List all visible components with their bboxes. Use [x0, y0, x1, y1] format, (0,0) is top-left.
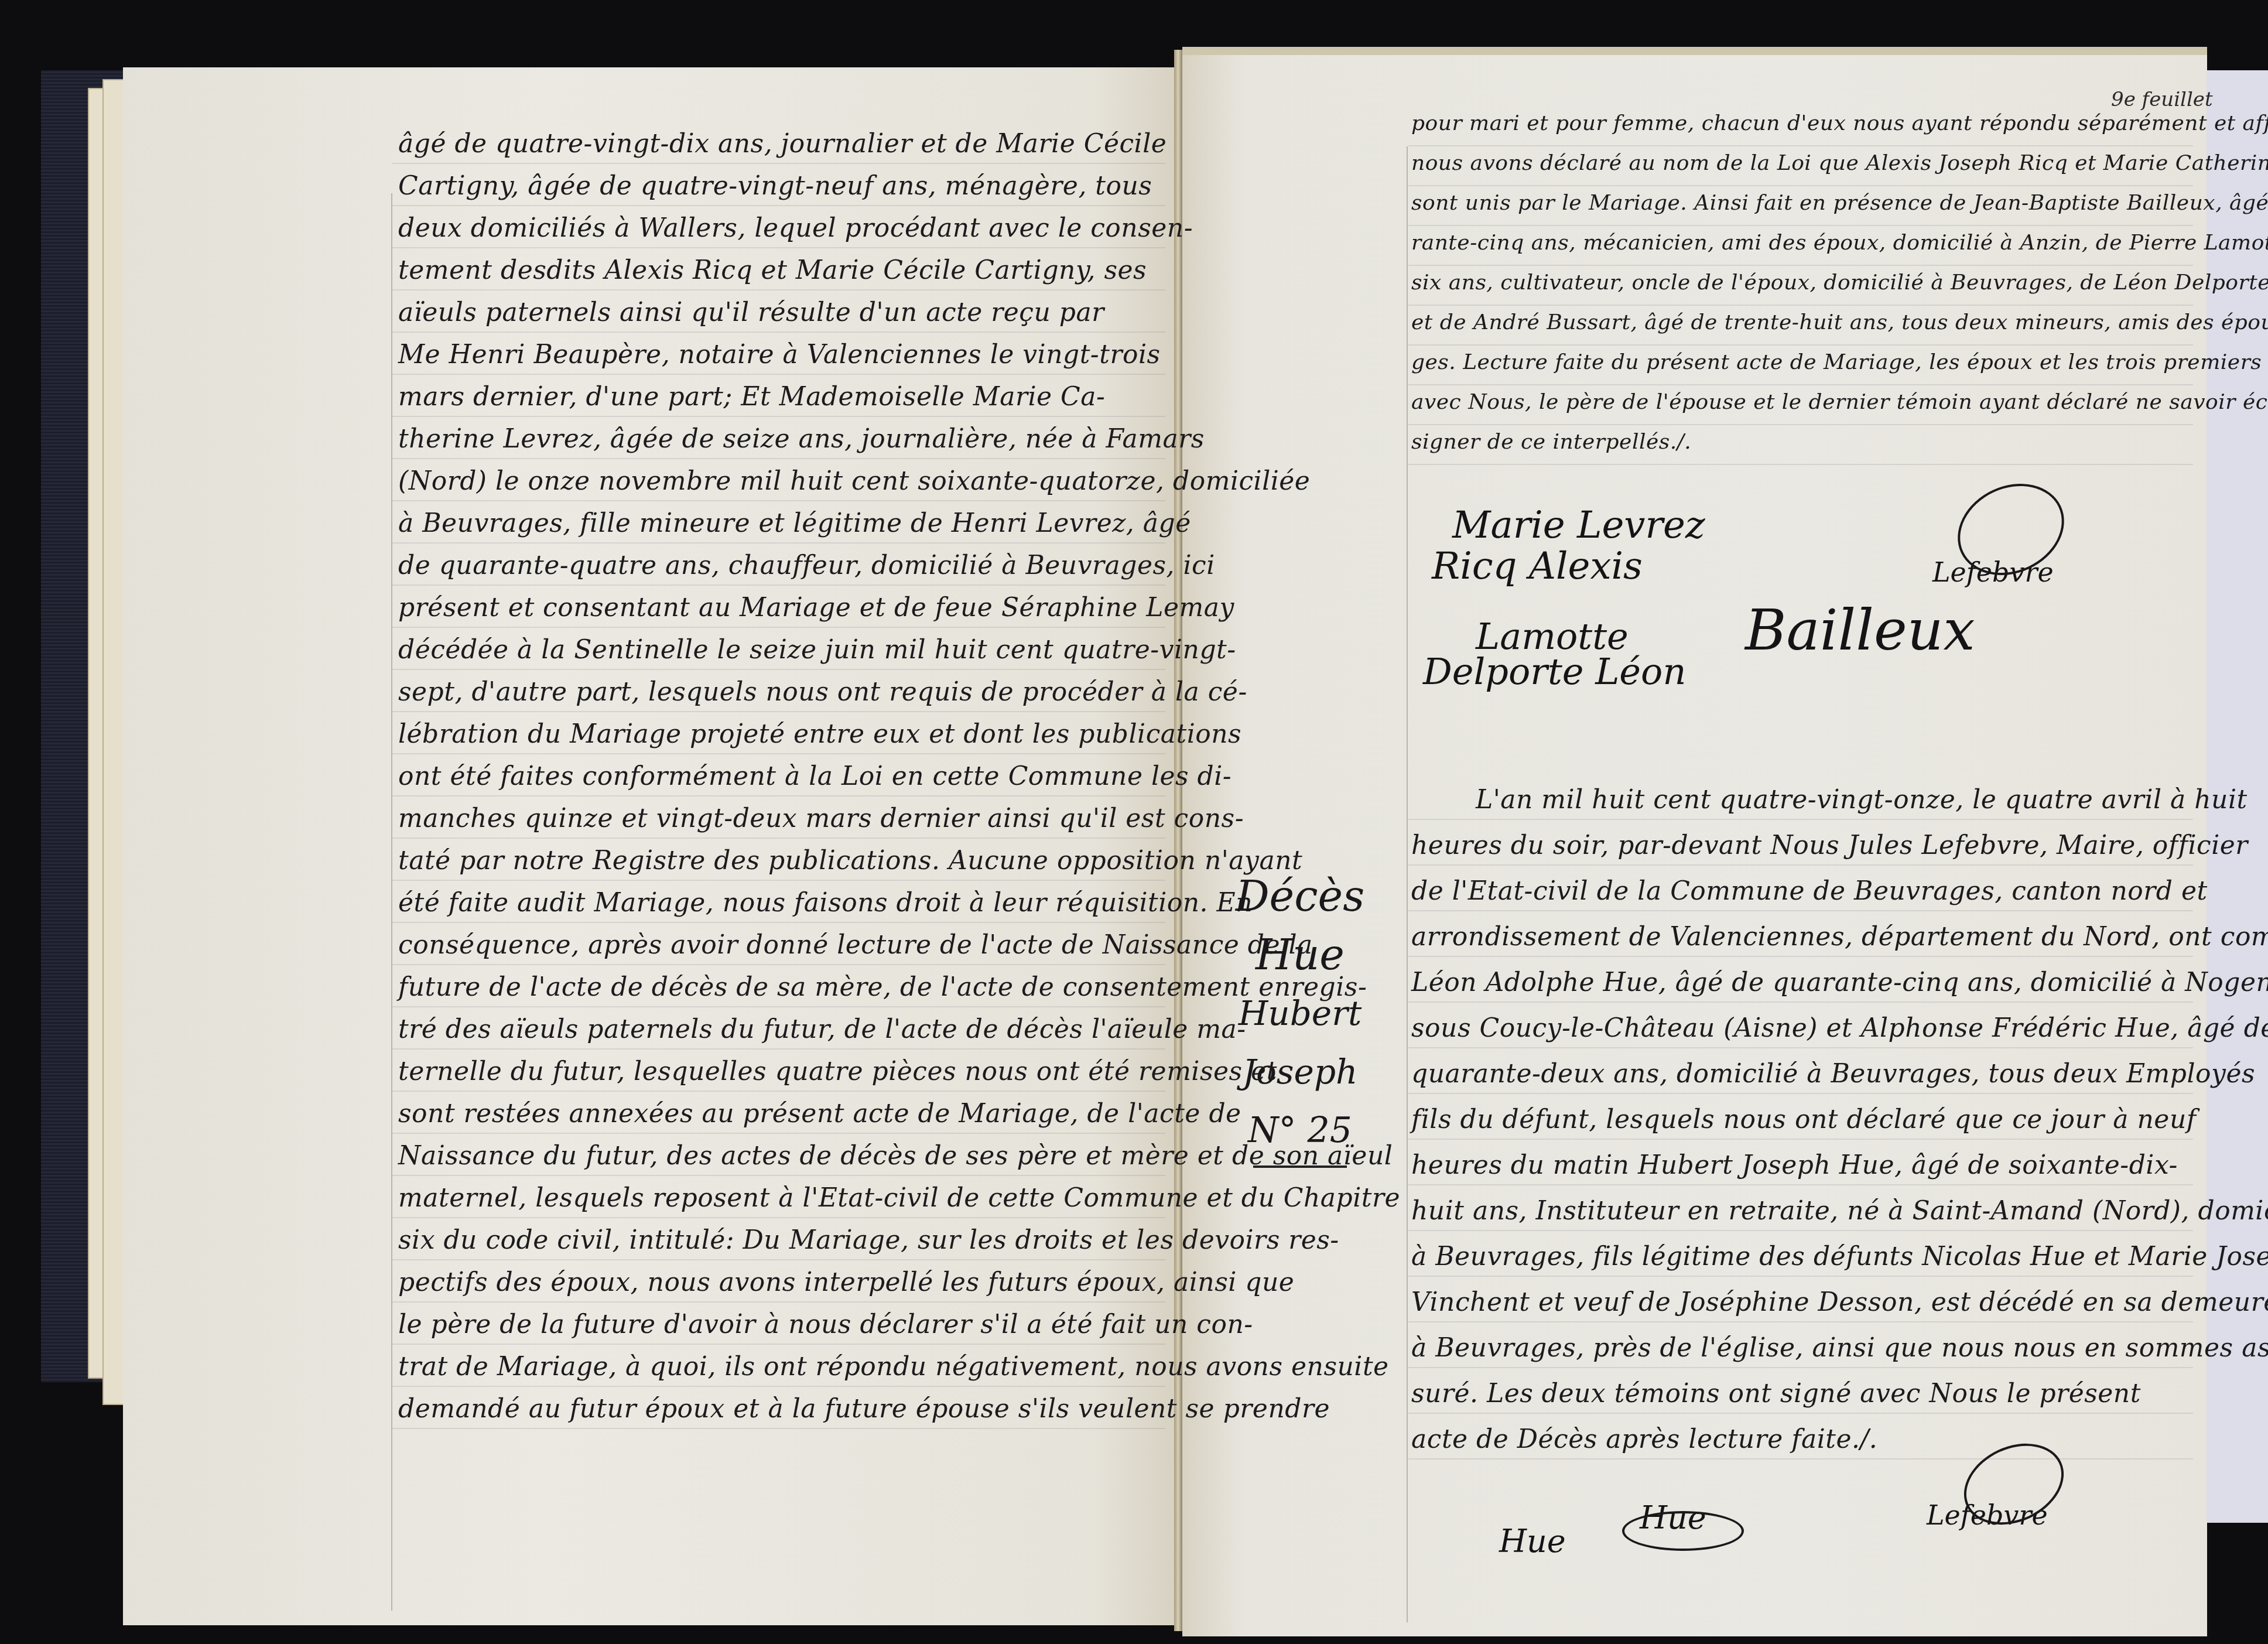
text-line: fils du défunt, lesquels nous ont déclar… — [1411, 1105, 2197, 1134]
ruled-line — [392, 1048, 1165, 1050]
ruled-line — [392, 205, 1165, 206]
ruled-line — [1408, 185, 2193, 186]
text-line: arrondissement de Valenciennes, départem… — [1411, 922, 2268, 952]
ruled-line — [392, 1217, 1165, 1218]
margin-note-entry-number: N° 25 — [1183, 1101, 1417, 1160]
ruled-line — [1408, 344, 2193, 346]
ruled-line — [1408, 1321, 2193, 1322]
ruled-line — [1408, 1367, 2193, 1368]
text-line: Vinchent et veuf de Joséphine Desson, es… — [1411, 1287, 2268, 1317]
ruled-line — [392, 922, 1165, 923]
signature-groom: Ricq Alexis — [1432, 545, 1643, 588]
ruled-line — [392, 1301, 1165, 1303]
ruled-line — [392, 1133, 1165, 1134]
ruled-line — [1408, 1139, 2193, 1140]
text-line: tement desdits Alexis Ricq et Marie Céci… — [398, 255, 1147, 285]
text-line: tré des aïeuls paternels du futur, de l'… — [398, 1014, 1246, 1044]
ruled-line — [392, 669, 1165, 670]
ruled-line — [1408, 145, 2193, 146]
text-line: heures du soir, par-devant Nous Jules Le… — [1411, 830, 2248, 860]
text-line: pour mari et pour femme, chacun d'eux no… — [1411, 111, 2268, 135]
text-line: huit ans, Instituteur en retraite, né à … — [1411, 1196, 2268, 1226]
ruled-line — [1408, 1230, 2193, 1231]
ruled-line — [1408, 1458, 2193, 1460]
text-line: été faite audit Mariage, nous faisons dr… — [398, 888, 1253, 918]
margin-note-underline — [1253, 1166, 1347, 1168]
ruled-line — [1408, 1093, 2193, 1094]
margin-note-title: Décès — [1183, 867, 1417, 925]
ruled-line — [392, 1259, 1165, 1260]
signature-bride: Marie Levrez — [1452, 504, 1705, 547]
ruled-line — [392, 1344, 1165, 1345]
text-line: présent et consentant au Mariage et de f… — [398, 593, 1234, 623]
ruled-line — [392, 964, 1165, 965]
text-line: six du code civil, intitulé: Du Mariage,… — [398, 1225, 1339, 1255]
ruled-line — [392, 880, 1165, 881]
text-line: à Beuvrages, fille mineure et légitime d… — [398, 508, 1191, 538]
ruled-line — [392, 542, 1165, 544]
signature-witness-delporte: Delporte Léon — [1423, 650, 1686, 693]
ruled-line — [392, 331, 1165, 333]
text-line: de quarante-quatre ans, chauffeur, domic… — [398, 551, 1215, 580]
text-line: taté par notre Registre des publications… — [398, 846, 1302, 876]
text-line: pectifs des époux, nous avons interpellé… — [398, 1267, 1294, 1297]
text-line: conséquence, après avoir donné lecture d… — [398, 930, 1313, 960]
ruled-line — [1408, 1276, 2193, 1277]
text-line: décédée à la Sentinelle le seize juin mi… — [398, 635, 1236, 665]
text-line: nous avons déclaré au nom de la Loi que … — [1411, 151, 2268, 175]
ruled-line — [1408, 424, 2193, 425]
ruled-line — [1408, 1002, 2193, 1003]
ruled-line — [1408, 384, 2193, 385]
ruled-line — [392, 1091, 1165, 1092]
ruled-line — [1408, 1413, 2193, 1414]
ruled-line — [392, 416, 1165, 417]
ruled-line — [392, 711, 1165, 712]
ruled-line — [392, 585, 1165, 586]
ruled-line — [392, 500, 1165, 501]
ruled-line — [1408, 265, 2193, 266]
text-line: aïeuls paternels ainsi qu'il résulte d'u… — [398, 298, 1104, 327]
ruled-line — [392, 289, 1165, 290]
ruled-line — [392, 374, 1165, 375]
text-line: rante-cinq ans, mécanicien, ami des épou… — [1411, 231, 2268, 255]
ruled-line — [1408, 864, 2193, 866]
text-line: manches quinze et vingt-deux mars dernie… — [398, 804, 1244, 833]
text-line: trat de Mariage, à quoi, ils ont répondu… — [398, 1352, 1389, 1382]
text-line: à Beuvrages, fils légitime des défunts N… — [1411, 1242, 2268, 1272]
ruled-line — [392, 838, 1165, 839]
text-line: quarante-deux ans, domicilié à Beuvrages… — [1411, 1059, 2255, 1089]
signature-witness-bailleux: Bailleux — [1745, 597, 1975, 663]
declarant-signature-flourish — [1622, 1511, 1744, 1551]
text-line: deux domiciliés à Wallers, lequel procéd… — [398, 213, 1193, 243]
folio-number: 9e feuillet — [2111, 88, 2213, 111]
text-line: à Beuvrages, près de l'église, ainsi que… — [1411, 1333, 2268, 1363]
text-line: demandé au futur époux et à la future ép… — [398, 1394, 1330, 1424]
ruled-line — [392, 1428, 1165, 1429]
text-line: ternelle du futur, lesquelles quatre piè… — [398, 1057, 1277, 1086]
text-line: Me Henri Beaupère, notaire à Valencienne… — [398, 340, 1161, 370]
text-line: sept, d'autre part, lesquels nous ont re… — [398, 677, 1247, 707]
text-line: et de André Bussart, âgé de trente-huit … — [1411, 310, 2268, 334]
ruled-line — [1408, 305, 2193, 306]
text-line: sous Coucy-le-Château (Aisne) et Alphons… — [1411, 1013, 2268, 1043]
ruled-line — [1408, 464, 2193, 465]
text-line: ges. Lecture faite du présent acte de Ma… — [1411, 350, 2268, 374]
text-line: sont restées annexées au présent acte de… — [398, 1099, 1241, 1129]
ruled-line — [1408, 1047, 2193, 1048]
ruled-line — [392, 1175, 1165, 1176]
text-line: signer de ce interpellés./. — [1411, 430, 1691, 454]
ruled-line — [1408, 956, 2193, 957]
text-line: ont été faites conformément à la Loi en … — [398, 761, 1232, 791]
ruled-line — [392, 247, 1165, 248]
text-line: L'an mil huit cent quatre-vingt-onze, le… — [1476, 785, 2248, 815]
text-line: Léon Adolphe Hue, âgé de quarante-cinq a… — [1411, 968, 2268, 997]
ruled-line — [392, 163, 1165, 164]
margin-note-surname: Hue — [1183, 925, 1417, 984]
signature-declarant-1: Hue — [1499, 1523, 1566, 1560]
text-line: maternel, lesquels reposent à l'Etat-civ… — [398, 1183, 1400, 1213]
text-line: six ans, cultivateur, oncle de l'époux, … — [1411, 271, 2268, 295]
left-page-margin-rule — [391, 193, 392, 1611]
text-line: Cartigny, âgée de quatre-vingt-neuf ans,… — [398, 171, 1152, 201]
text-line: therine Levrez, âgée de seize ans, journ… — [398, 424, 1205, 454]
ruled-line — [1408, 819, 2193, 820]
margin-note-death-entry: Décès Hue Hubert Joseph N° 25 — [1183, 867, 1417, 1168]
text-line: avec Nous, le père de l'épouse et le der… — [1411, 390, 2268, 414]
ruled-line — [392, 458, 1165, 459]
text-line: mars dernier, d'une part; Et Mademoisell… — [398, 382, 1105, 412]
ruled-line — [1408, 225, 2193, 226]
text-line: heures du matin Hubert Joseph Hue, âgé d… — [1411, 1150, 2178, 1180]
ruled-line — [392, 627, 1165, 628]
ruled-line — [392, 795, 1165, 797]
text-line: âgé de quatre-vingt-dix ans, journalier … — [398, 129, 1167, 159]
text-line: suré. Les deux témoins ont signé avec No… — [1411, 1379, 2141, 1409]
ruled-line — [1408, 910, 2193, 911]
text-line: de l'Etat-civil de la Commune de Beuvrag… — [1411, 876, 2208, 906]
ruled-line — [392, 753, 1165, 754]
text-line: sont unis par le Mariage. Ainsi fait en … — [1411, 191, 2268, 215]
text-line: acte de Décès après lecture faite./. — [1411, 1424, 1877, 1454]
ruled-line — [392, 1386, 1165, 1387]
margin-note-given-names: Hubert Joseph — [1183, 984, 1417, 1101]
text-line: (Nord) le onze novembre mil huit cent so… — [398, 466, 1310, 496]
text-line: le père de la future d'avoir à nous décl… — [398, 1310, 1253, 1339]
ruled-line — [1408, 1184, 2193, 1185]
ruled-line — [392, 1006, 1165, 1007]
text-line: lébration du Mariage projeté entre eux e… — [398, 719, 1241, 749]
